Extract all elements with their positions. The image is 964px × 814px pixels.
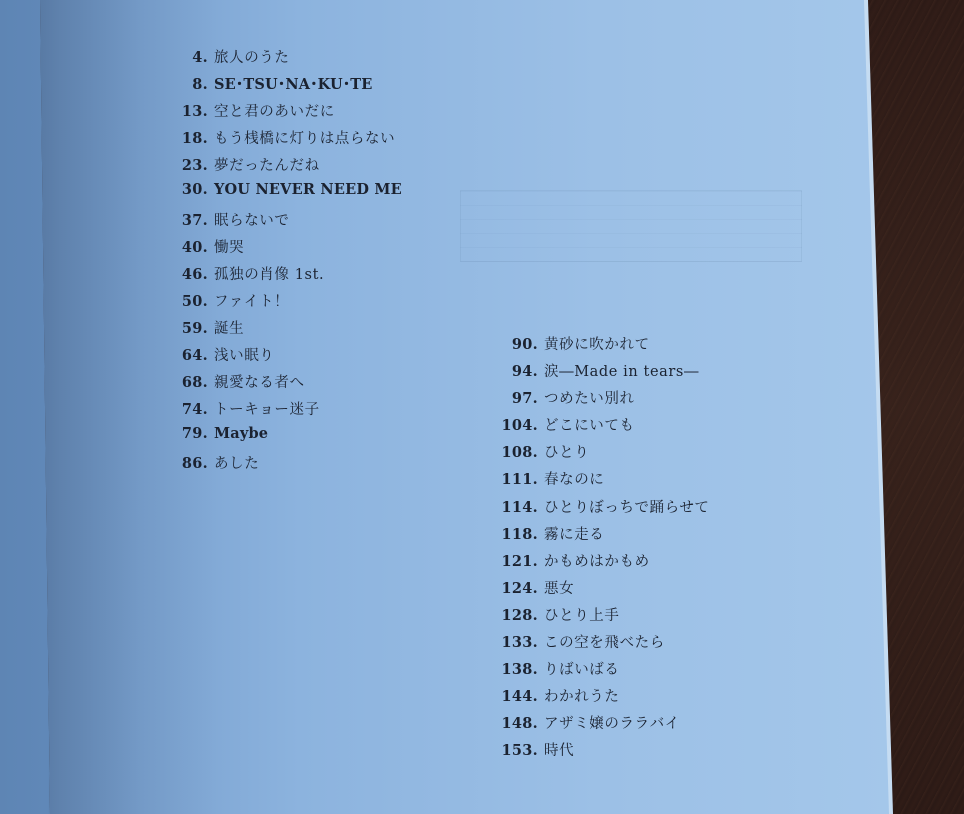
toc-entry: 86.あした xyxy=(170,452,402,479)
page-number: 86. xyxy=(170,455,208,472)
song-title: 浅い眠り xyxy=(214,344,274,365)
toc-entry: 153.時代 xyxy=(495,739,710,766)
page-number: 90. xyxy=(495,336,538,353)
song-title: 霧に走る xyxy=(544,523,604,544)
toc-entry: 124.悪女 xyxy=(495,577,710,604)
show-through-music-staff xyxy=(460,190,802,262)
page-number: 50. xyxy=(170,293,208,310)
page-number: 4. xyxy=(170,49,208,66)
toc-entry: 104.どこにいても xyxy=(495,414,710,441)
page-number: 59. xyxy=(170,320,208,337)
page-number: 128. xyxy=(495,607,538,624)
book-page xyxy=(0,0,964,814)
toc-entry: 68.親愛なる者へ xyxy=(170,371,402,398)
toc-entry: 94.涙―Made in tears― xyxy=(495,360,710,387)
toc-entry: 30.YOU NEVER NEED ME xyxy=(170,181,402,208)
song-title: 黄砂に吹かれて xyxy=(544,333,650,354)
song-title: 眠らないで xyxy=(214,209,290,230)
toc-left-column: 4.旅人のうた 8.SE･TSU･NA･KU･TE 13.空と君のあいだに 18… xyxy=(170,46,402,480)
song-title: 時代 xyxy=(544,739,574,760)
toc-entry: 46.孤独の肖像 1st. xyxy=(170,263,402,290)
toc-entry: 23.夢だったんだね xyxy=(170,154,402,181)
page-number: 74. xyxy=(170,401,208,418)
song-title: どこにいても xyxy=(544,414,635,435)
page-number: 40. xyxy=(170,239,208,256)
song-title: 親愛なる者へ xyxy=(214,371,305,392)
toc-entry: 90.黄砂に吹かれて xyxy=(495,333,710,360)
page-number: 30. xyxy=(170,181,208,198)
song-title: 春なのに xyxy=(544,468,604,489)
toc-entry: 118.霧に走る xyxy=(495,523,710,550)
song-title: ひとり xyxy=(544,441,589,462)
page-number: 138. xyxy=(495,661,538,678)
toc-entry: 40.慟哭 xyxy=(170,236,402,263)
song-title: 悪女 xyxy=(544,577,574,598)
song-title: ひとりぼっちで踊らせて xyxy=(544,496,710,517)
page-number: 79. xyxy=(170,425,208,442)
page-number: 68. xyxy=(170,374,208,391)
page-number: 148. xyxy=(495,715,538,732)
page-number: 13. xyxy=(170,103,208,120)
song-title: 旅人のうた xyxy=(214,46,290,67)
page-number: 111. xyxy=(495,471,538,488)
page-number: 121. xyxy=(495,553,538,570)
toc-right-column: 90.黄砂に吹かれて 94.涙―Made in tears― 97.つめたい別れ… xyxy=(495,333,710,767)
toc-entry: 59.誕生 xyxy=(170,317,402,344)
song-title: Maybe xyxy=(214,425,268,442)
toc-entry: 121.かもめはかもめ xyxy=(495,550,710,577)
page-number: 144. xyxy=(495,688,538,705)
song-title: 涙―Made in tears― xyxy=(544,360,699,381)
page-number: 108. xyxy=(495,444,538,461)
song-title: 慟哭 xyxy=(214,236,244,257)
toc-entry: 8.SE･TSU･NA･KU･TE xyxy=(170,73,402,100)
toc-entry: 138.りばいばる xyxy=(495,658,710,685)
song-title: 空と君のあいだに xyxy=(214,100,335,121)
song-title: かもめはかもめ xyxy=(544,550,650,571)
song-title: つめたい別れ xyxy=(544,387,635,408)
toc-entry: 148.アザミ嬢のララバイ xyxy=(495,712,710,739)
page-number: 94. xyxy=(495,363,538,380)
song-title: 夢だったんだね xyxy=(214,154,320,175)
song-title: あした xyxy=(214,452,259,473)
toc-entry: 114.ひとりぼっちで踊らせて xyxy=(495,496,710,523)
page-number: 114. xyxy=(495,499,538,516)
song-title: SE･TSU･NA･KU･TE xyxy=(214,73,373,94)
song-title: わかれうた xyxy=(544,685,620,706)
toc-entry: 64.浅い眠り xyxy=(170,344,402,371)
toc-entry: 79.Maybe xyxy=(170,425,402,452)
toc-entry: 37.眠らないで xyxy=(170,209,402,236)
toc-entry: 13.空と君のあいだに xyxy=(170,100,402,127)
song-title: 誕生 xyxy=(214,317,244,338)
song-title: ひとり上手 xyxy=(544,604,620,625)
page-number: 8. xyxy=(170,76,208,93)
song-title: 孤独の肖像 1st. xyxy=(214,263,324,284)
toc-entry: 133.この空を飛べたら xyxy=(495,631,710,658)
page-number: 133. xyxy=(495,634,538,651)
toc-entry: 111.春なのに xyxy=(495,468,710,495)
song-title: ファイト！ xyxy=(214,290,289,311)
song-title: この空を飛べたら xyxy=(544,631,665,652)
song-title: トーキョー迷子 xyxy=(214,398,320,419)
toc-entry: 4.旅人のうた xyxy=(170,46,402,73)
page-number: 37. xyxy=(170,212,208,229)
song-title: りばいばる xyxy=(544,658,620,679)
toc-entry: 108.ひとり xyxy=(495,441,710,468)
toc-entry: 128.ひとり上手 xyxy=(495,604,710,631)
page-number: 64. xyxy=(170,347,208,364)
page-number: 124. xyxy=(495,580,538,597)
toc-entry: 74.トーキョー迷子 xyxy=(170,398,402,425)
toc-entry: 97.つめたい別れ xyxy=(495,387,710,414)
page-number: 104. xyxy=(495,417,538,434)
page-number: 18. xyxy=(170,130,208,147)
toc-entry: 18.もう桟橋に灯りは点らない xyxy=(170,127,402,154)
page-number: 153. xyxy=(495,742,538,759)
page-number: 97. xyxy=(495,390,538,407)
song-title: もう桟橋に灯りは点らない xyxy=(214,127,395,148)
page-number: 118. xyxy=(495,526,538,543)
song-title: YOU NEVER NEED ME xyxy=(214,181,402,198)
toc-entry: 50.ファイト！ xyxy=(170,290,402,317)
toc-entry: 144.わかれうた xyxy=(495,685,710,712)
song-title: アザミ嬢のララバイ xyxy=(544,712,680,733)
page-number: 23. xyxy=(170,157,208,174)
page-number: 46. xyxy=(170,266,208,283)
